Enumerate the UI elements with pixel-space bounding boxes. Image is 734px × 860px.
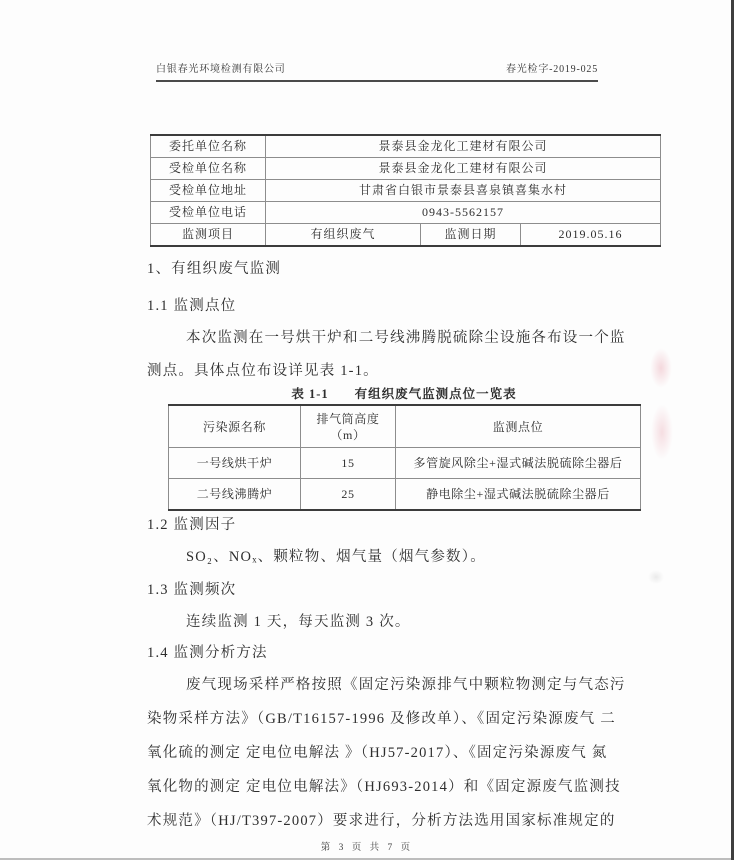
- paragraph-line: 本次监测在一号烘干炉和二号线沸腾脱硫除尘设施各布设一个监: [186, 326, 626, 347]
- doc-number: 春光检字-2019-025: [506, 60, 598, 75]
- stamp-bleed-mark: [651, 404, 673, 460]
- col-header-point: 监测点位: [396, 405, 641, 448]
- cell-source: 一号线烘干炉: [169, 448, 301, 479]
- section-heading-1: 1、有组织废气监测: [147, 257, 281, 278]
- footer-page-number: 第 3 页 共 7 页: [0, 839, 734, 853]
- info-value: 景泰县金龙化工建材有限公司: [266, 158, 661, 180]
- smudge-mark: [648, 570, 664, 584]
- cell-point: 静电除尘+湿式碱法脱硫除尘器后: [396, 479, 641, 511]
- paragraph-line: SO₂、NOₓ、颗粒物、烟气量（烟气参数）。: [186, 545, 486, 566]
- page-header: 白银春光环境检测有限公司 春光检字-2019-025: [156, 60, 598, 82]
- info-value: 甘肃省白银市景泰县喜泉镇喜集水村: [266, 180, 661, 202]
- table-caption: 表 1-1有组织废气监测点位一览表: [168, 384, 640, 402]
- info-value: 0943-5562157: [266, 202, 661, 224]
- table-row: 二号线沸腾炉 25 静电除尘+湿式碱法脱硫除尘器后: [169, 479, 641, 511]
- table-caption-number: 表 1-1: [291, 387, 328, 401]
- table-caption-title: 有组织废气监测点位一览表: [355, 387, 517, 401]
- info-value: 2019.05.16: [521, 224, 661, 247]
- info-label: 监测日期: [421, 224, 521, 247]
- info-label: 监测项目: [151, 224, 266, 247]
- table-row: 监测项目 有组织废气 监测日期 2019.05.16: [151, 224, 661, 247]
- section-heading-1-2: 1.2 监测因子: [147, 513, 236, 534]
- cell-height: 15: [301, 448, 396, 479]
- col-header-line: （m）: [301, 427, 395, 443]
- cell-point: 多管旋风除尘+湿式碱法脱硫除尘器后: [396, 448, 641, 479]
- paragraph-line: 氧化硫的测定 定电位电解法 》（HJ57-2017）、《固定污染源废气 氮: [147, 741, 607, 762]
- table-row: 受检单位电话 0943-5562157: [151, 202, 661, 224]
- cell-source: 二号线沸腾炉: [169, 479, 301, 511]
- cell-height: 25: [301, 479, 396, 511]
- paragraph-line: 氧化物的测定 定电位电解法》（HJ693-2014）和《固定源废气监测技: [147, 775, 621, 796]
- info-value: 景泰县金龙化工建材有限公司: [266, 135, 661, 158]
- stamp-bleed-mark: [650, 348, 672, 388]
- col-header-line: 排气筒高度: [301, 411, 395, 427]
- table-row: 受检单位名称 景泰县金龙化工建材有限公司: [151, 158, 661, 180]
- company-name: 白银春光环境检测有限公司: [156, 60, 286, 75]
- paragraph-line: 连续监测 1 天，每天监测 3 次。: [186, 610, 411, 631]
- paragraph-line: 术规范》（HJ/T397-2007）要求进行，分析方法选用国家标准规定的: [147, 809, 616, 830]
- paragraph-line: 染物采样方法》（GB/T16157-1996 及修改单）、《固定污染源废气 二: [147, 707, 616, 728]
- section-heading-1-4: 1.4 监测分析方法: [147, 641, 268, 662]
- section-heading-1-1: 1.1 监测点位: [147, 294, 236, 315]
- info-label: 委托单位名称: [151, 135, 266, 158]
- scanned-report-page: 白银春光环境检测有限公司 春光检字-2019-025 委托单位名称 景泰县金龙化…: [0, 0, 734, 860]
- table-row: 委托单位名称 景泰县金龙化工建材有限公司: [151, 135, 661, 158]
- paragraph-line: 测点。具体点位布设详见表 1-1。: [147, 359, 379, 380]
- col-header-source: 污染源名称: [169, 405, 301, 448]
- table-row: 受检单位地址 甘肃省白银市景泰县喜泉镇喜集水村: [151, 180, 661, 202]
- section-heading-1-3: 1.3 监测频次: [147, 578, 236, 599]
- info-value: 有组织废气: [266, 224, 421, 247]
- paragraph-line: 废气现场采样严格按照《固定污染源排气中颗粒物测定与气态污: [186, 673, 626, 694]
- table-row: 一号线烘干炉 15 多管旋风除尘+湿式碱法脱硫除尘器后: [169, 448, 641, 479]
- table-header-row: 污染源名称 排气筒高度 （m） 监测点位: [169, 405, 641, 448]
- info-label: 受检单位地址: [151, 180, 266, 202]
- col-header-stack-height: 排气筒高度 （m）: [301, 405, 396, 448]
- info-label: 受检单位名称: [151, 158, 266, 180]
- unit-info-table: 委托单位名称 景泰县金龙化工建材有限公司 受检单位名称 景泰县金龙化工建材有限公…: [150, 134, 661, 247]
- info-label: 受检单位电话: [151, 202, 266, 224]
- monitoring-points-table: 污染源名称 排气筒高度 （m） 监测点位 一号线烘干炉 15 多管旋风除尘+湿式…: [168, 404, 641, 511]
